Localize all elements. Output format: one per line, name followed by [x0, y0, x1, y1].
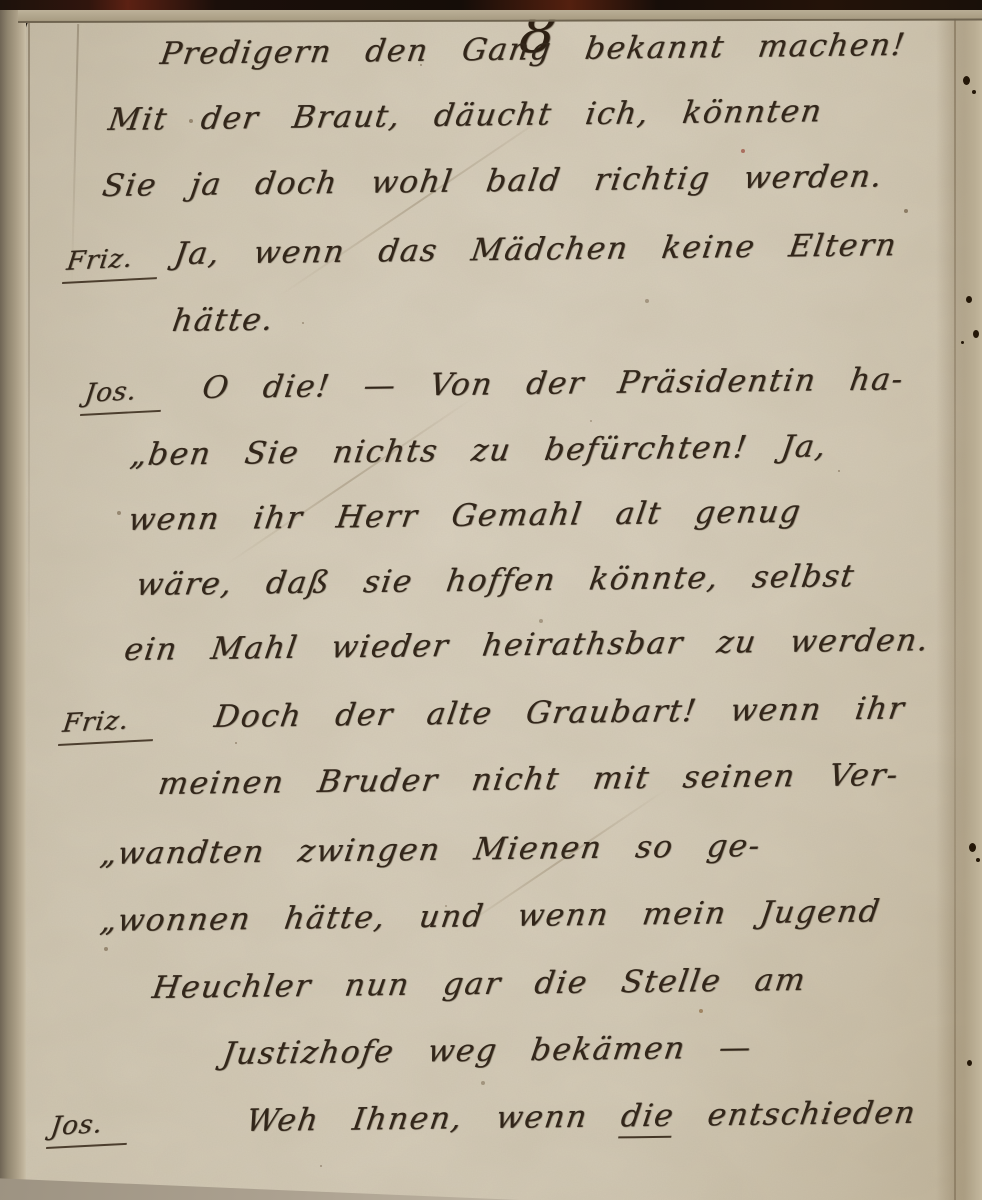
- ink-spot: [973, 330, 979, 338]
- ink-spot: [961, 341, 964, 344]
- fold-crease-line: [954, 9, 956, 1200]
- ink-spot: [972, 90, 976, 94]
- manuscript-photo: 8 Predigern den Gang bekannt machen! Mit…: [0, 0, 982, 1200]
- ink-spot: [969, 843, 976, 852]
- ink-spot: [966, 296, 972, 303]
- line-text: Doch der alte Graubart! wenn ihr: [212, 691, 908, 735]
- manuscript-line: Heuchler nun gar die Stelle am: [0, 970, 982, 1026]
- line-text: Weh Ihnen, wenn die entschieden: [244, 1095, 919, 1139]
- line-text: wenn ihr Herr Gemahl alt genug: [126, 494, 804, 538]
- line-text: hätte.: [170, 302, 277, 339]
- manuscript-line: Jos. O die! — Von der Präsidentin ha-: [0, 370, 982, 426]
- page-stack-edge-left: [0, 8, 26, 1200]
- manuscript-line: ein Mahl wieder heirathsbar zu werden.: [0, 632, 982, 688]
- ink-spot: [967, 1060, 972, 1066]
- manuscript-line: Jos. Weh Ihnen, wenn die entschieden: [0, 1103, 982, 1159]
- page-fold-right: [936, 9, 982, 1200]
- manuscript-line: „ben Sie nichts zu befürchten! Ja,: [0, 437, 982, 493]
- manuscript-line: wäre, daß sie hoffen könnte, selbst: [0, 567, 982, 623]
- manuscript-line: „wandten zwingen Mienen so ge-: [0, 836, 982, 892]
- manuscript-line: Friz. Doch der alte Graubart! wenn ihr: [0, 699, 982, 755]
- line-text: meinen Bruder nicht mit seinen Ver-: [156, 757, 901, 802]
- manuscript-line: „wonnen hätte, und wenn mein Jugend: [0, 903, 982, 959]
- underlined-word: die: [618, 1098, 677, 1139]
- manuscript-line: Predigern den Gang bekannt machen!: [0, 36, 982, 92]
- ink-spot: [976, 858, 980, 862]
- manuscript-line: Friz. Ja, wenn das Mädchen keine Eltern: [0, 236, 982, 292]
- manuscript-line: wenn ihr Herr Gemahl alt genug: [0, 502, 982, 558]
- line-text: Justizhofe weg bekämen —: [220, 1030, 755, 1072]
- book-edge-top: [0, 0, 982, 10]
- line-text: Heuchler nun gar die Stelle am: [150, 962, 809, 1006]
- line-text-pre: Weh Ihnen, wenn: [244, 1098, 624, 1139]
- line-text: O die! — Von der Präsidentin ha-: [200, 361, 906, 406]
- speaker-label: Friz.: [62, 242, 161, 284]
- speaker-label: Friz.: [58, 704, 157, 746]
- line-text: Ja, wenn das Mädchen keine Eltern: [172, 227, 900, 272]
- manuscript-line: Sie ja doch wohl bald richtig werden.: [0, 168, 982, 224]
- crease-line-left: [28, 20, 30, 660]
- speaker-label: Jos.: [80, 375, 165, 416]
- manuscript-line: meinen Bruder nicht mit seinen Ver-: [0, 766, 982, 822]
- line-text: Mit der Braut, däucht ich, könnten: [106, 93, 825, 138]
- speaker-label: Jos.: [46, 1108, 131, 1149]
- manuscript-line: Mit der Braut, däucht ich, könnten: [0, 102, 982, 158]
- line-text: „ben Sie nichts zu befürchten! Ja,: [128, 429, 830, 473]
- manuscript-line: Justizhofe weg bekämen —: [0, 1036, 982, 1092]
- line-text: „wandten zwingen Mienen so ge-: [98, 828, 763, 872]
- line-text-post: entschieden: [672, 1095, 919, 1134]
- line-text: wäre, daß sie hoffen könnte, selbst: [134, 558, 857, 603]
- manuscript-line: hätte.: [0, 303, 982, 359]
- ink-spot: [963, 76, 970, 85]
